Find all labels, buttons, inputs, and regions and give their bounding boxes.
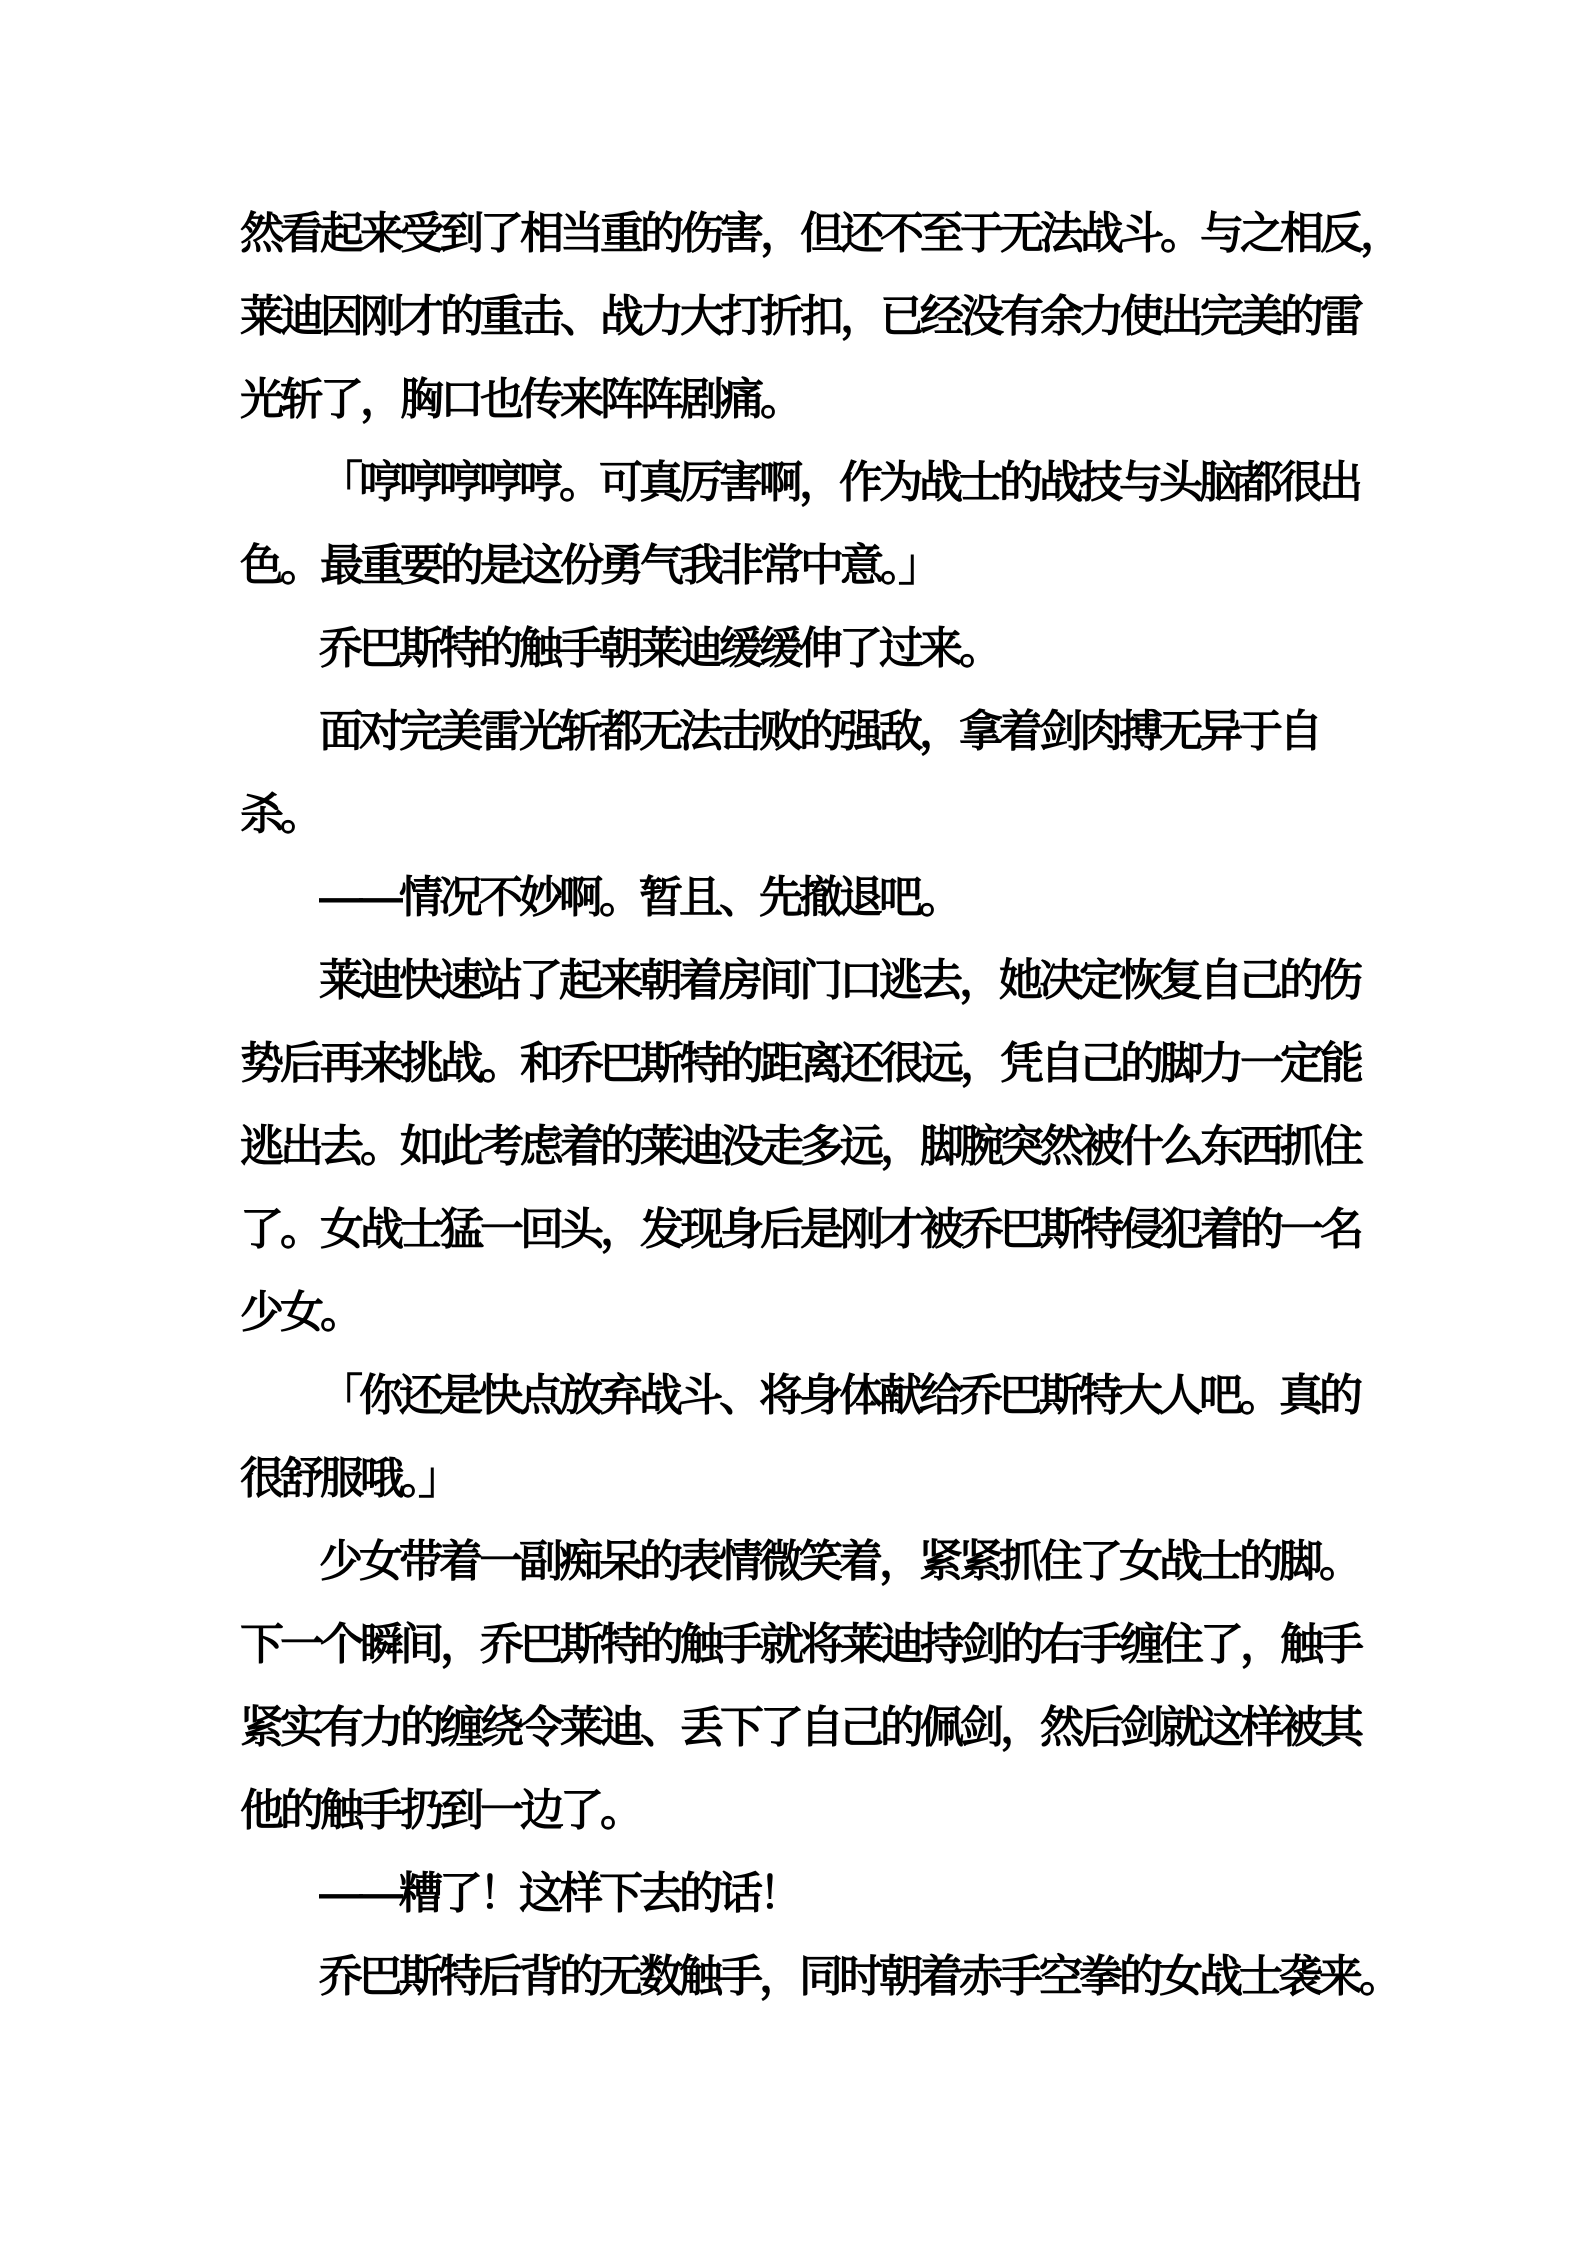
text-line: 了。女战士猛一回头，发现身后是刚才被乔巴斯特侵犯着的一名 — [240, 1188, 1352, 1271]
text-line: 莱迪快速站了起来朝着房间门口逃去，她决定恢复自己的伤 — [240, 939, 1352, 1022]
text-line: 然看起来受到了相当重的伤害，但还不至于无法战斗。与之相反， — [240, 192, 1352, 275]
text-line: 色。最重要的是这份勇气我非常中意。」 — [240, 524, 1352, 607]
text-line: 乔巴斯特后背的无数触手，同时朝着赤手空拳的女战士袭来。 — [240, 1935, 1352, 2018]
text-line: 下一个瞬间，乔巴斯特的触手就将莱迪持剑的右手缠住了，触手 — [240, 1603, 1352, 1686]
text-line: 少女。 — [240, 1271, 1352, 1354]
text-line: 乔巴斯特的触手朝莱迪缓缓伸了过来。 — [240, 607, 1352, 690]
text-line: 面对完美雷光斩都无法击败的强敌，拿着剑肉搏无异于自 — [240, 690, 1352, 773]
text-line: 杀。 — [240, 773, 1352, 856]
text-line: 很舒服哦。」 — [240, 1437, 1352, 1520]
text-block: 然看起来受到了相当重的伤害，但还不至于无法战斗。与之相反，莱迪因刚才的重击、战力… — [240, 192, 1352, 2018]
text-line: 他的触手扔到一边了。 — [240, 1769, 1352, 1852]
text-line: ——糟了！这样下去的话！ — [240, 1852, 1352, 1935]
text-line: 紧实有力的缠绕令莱迪、丢下了自己的佩剑，然后剑就这样被其 — [240, 1686, 1352, 1769]
text-line: 势后再来挑战。和乔巴斯特的距离还很远，凭自己的脚力一定能 — [240, 1022, 1352, 1105]
text-line: 「哼哼哼哼哼。可真厉害啊，作为战士的战技与头脑都很出 — [240, 441, 1352, 524]
text-line: 光斩了，胸口也传来阵阵剧痛。 — [240, 358, 1352, 441]
text-line: 逃出去。如此考虑着的莱迪没走多远，脚腕突然被什么东西抓住 — [240, 1105, 1352, 1188]
text-line: 少女带着一副痴呆的表情微笑着，紧紧抓住了女战士的脚。 — [240, 1520, 1352, 1603]
text-line: 「你还是快点放弃战斗、将身体献给乔巴斯特大人吧。真的 — [240, 1354, 1352, 1437]
novel-page: 然看起来受到了相当重的伤害，但还不至于无法战斗。与之相反，莱迪因刚才的重击、战力… — [0, 0, 1587, 2245]
text-line: ——情况不妙啊。暂且、先撤退吧。 — [240, 856, 1352, 939]
text-line: 莱迪因刚才的重击、战力大打折扣，已经没有余力使出完美的雷 — [240, 275, 1352, 358]
